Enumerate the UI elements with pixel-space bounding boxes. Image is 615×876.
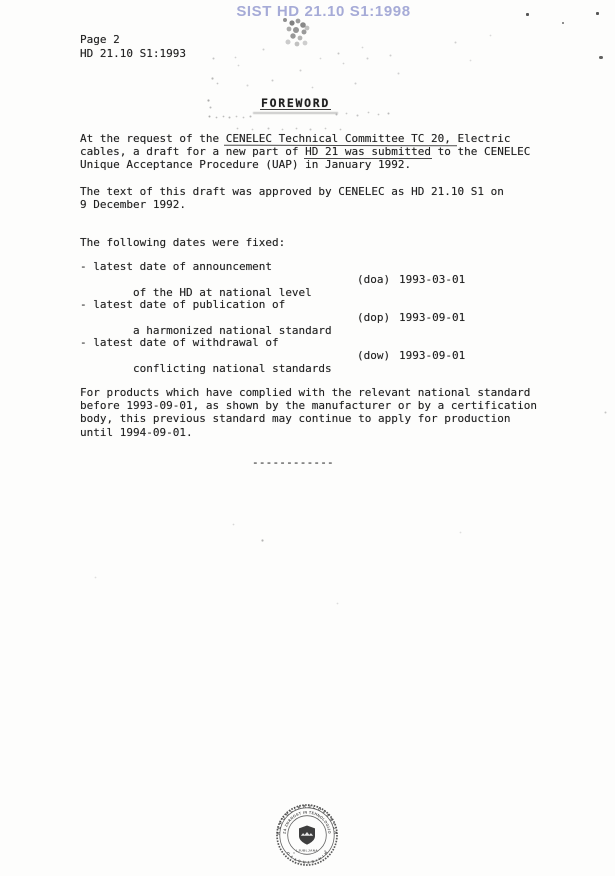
date-code: (doa) (357, 273, 390, 286)
paragraph-line: 9 December 1992. (80, 198, 504, 211)
underline-mark (304, 158, 432, 159)
stamp-center-text: LJUBLJANA (296, 849, 318, 853)
ministry-stamp-icon: R E P U B L I K A S L O V E N I J A ZA Z… (259, 793, 355, 876)
scanned-document-page: SIST HD 21.10 S1:1998 Page 2 HD 21.10 S1… (0, 0, 615, 876)
scan-speck (562, 22, 564, 24)
paragraph-line: before 1993-09-01, as shown by the manuf… (80, 399, 537, 412)
paragraph-line: Unique Acceptance Procedure (UAP) in Jan… (80, 158, 530, 171)
paragraph-line: The following dates were fixed: (80, 236, 285, 249)
separator-dashes: ------------ (252, 456, 334, 469)
date-code: (dop) (357, 311, 390, 324)
scan-speck (599, 56, 603, 59)
section-title: FOREWORD (261, 96, 330, 110)
document-reference: HD 21.10 S1:1993 (80, 47, 186, 61)
date-label: - latest date of announcement (80, 260, 312, 273)
dates-intro: The following dates were fixed: (80, 236, 285, 249)
paragraph-3: For products which have complied with th… (80, 386, 537, 439)
paragraph-line: For products which have complied with th… (80, 386, 537, 399)
smudge-mark (283, 18, 287, 22)
scan-speck (596, 12, 599, 15)
date-label: conflicting national standards (120, 362, 332, 375)
paragraph-1: At the request of the CENELEC Technical … (80, 132, 530, 172)
title-underline-shadow (253, 112, 338, 114)
scan-noise-speckles (0, 0, 1, 1)
page-header: Page 2 HD 21.10 S1:1993 (80, 33, 186, 60)
date-value: 1993-09-01 (399, 349, 465, 362)
paragraph-2: The text of this draft was approved by C… (80, 185, 504, 211)
page-number: Page 2 (80, 33, 186, 47)
paragraph-line: until 1994-09-01. (80, 426, 537, 439)
date-value: 1993-09-01 (399, 311, 465, 324)
paragraph-line: At the request of the CENELEC Technical … (80, 132, 530, 145)
date-label: - latest date of publication of (80, 298, 332, 311)
paragraph-line: body, this previous standard may continu… (80, 412, 537, 425)
date-value: 1993-03-01 (399, 273, 465, 286)
stamp-inner-arc-bottom-text: M I N I S T R S T V O (286, 850, 329, 864)
date-code: (dow) (357, 349, 390, 362)
paragraph-line: cables, a draft for a new part of HD 21 … (80, 145, 530, 158)
coat-of-arms-icon (299, 826, 315, 845)
svg-text:M I N I S T R S T V O: M I N I S T R S T V O (286, 850, 329, 864)
title-underline (260, 109, 331, 110)
scan-speck (526, 13, 529, 16)
watermark-text: SIST HD 21.10 S1:1998 (0, 3, 615, 20)
paragraph-line: The text of this draft was approved by C… (80, 185, 504, 198)
date-label: - latest date of withdrawal of (80, 336, 332, 349)
